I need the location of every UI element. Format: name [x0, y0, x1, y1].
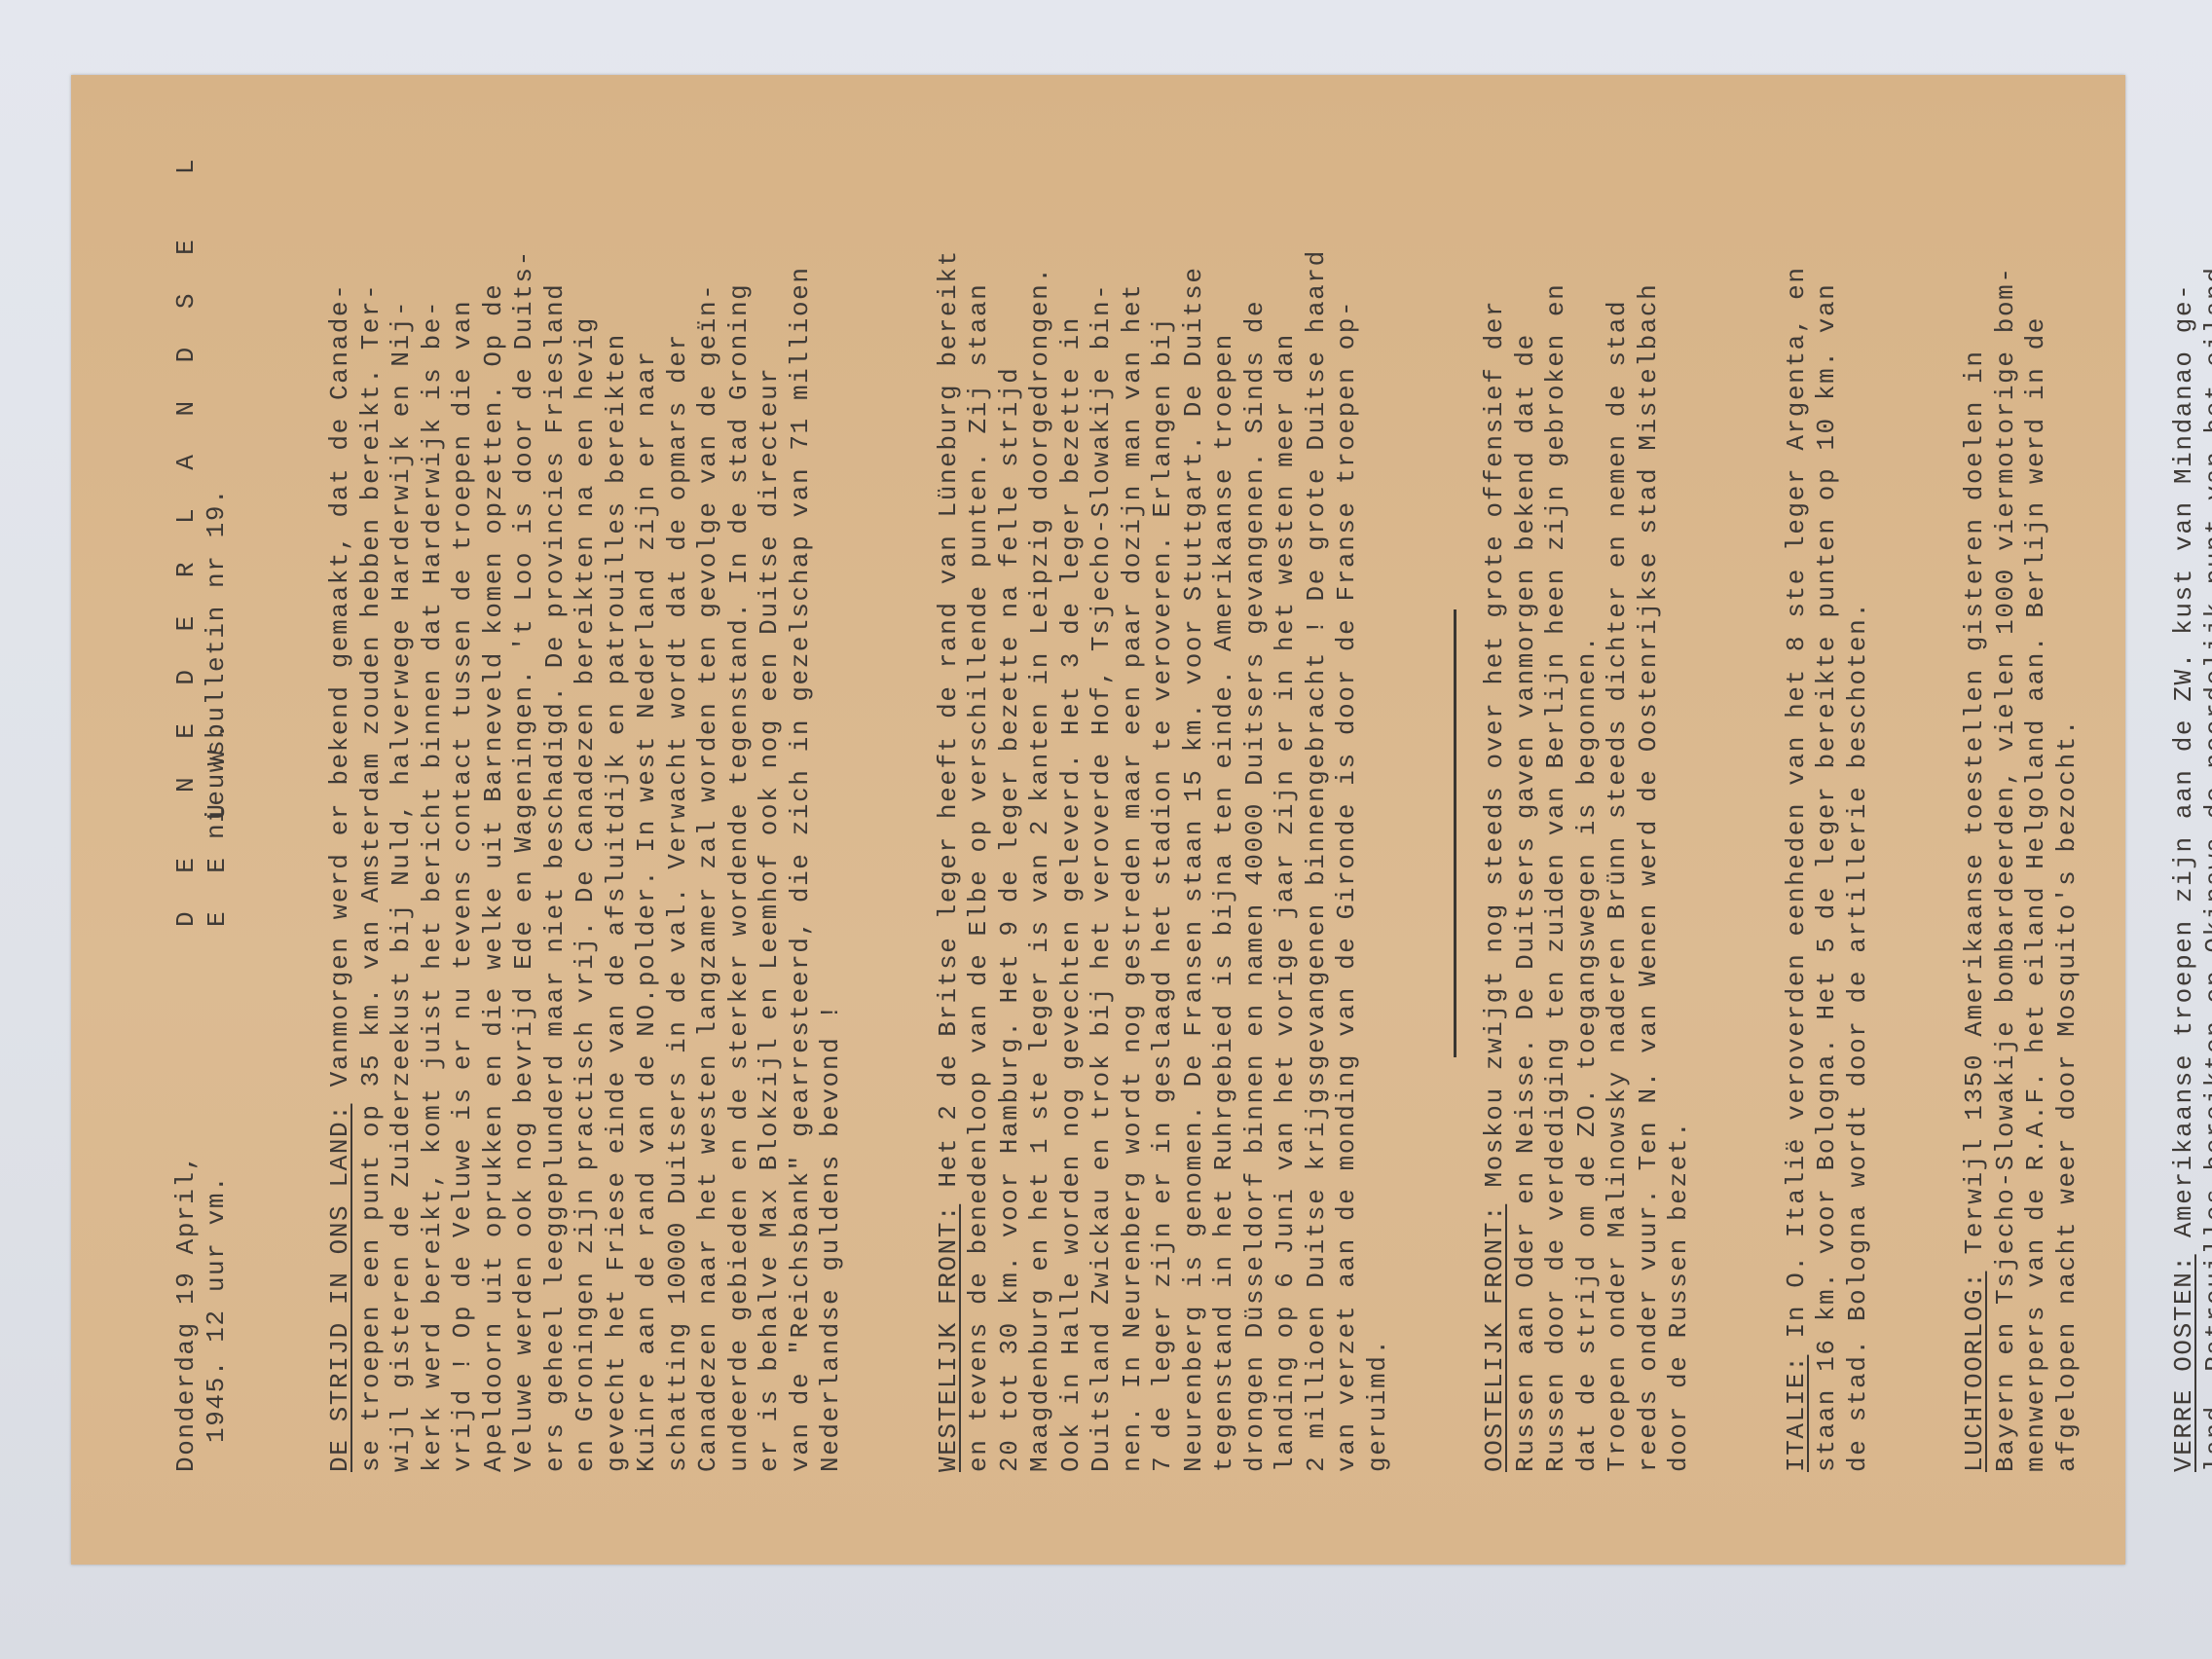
- bulletin-subtitle: nieuwsbulletin nr 19.: [202, 488, 233, 839]
- date-line: Donderdag 19 April,: [171, 1154, 203, 1472]
- section-text: Het 2 de Britse leger heeft de rand van …: [934, 249, 1392, 1472]
- section-italie: ITALIE: In O. Italië veroverden eenheden…: [1782, 114, 1874, 1472]
- time-line: 1945. 12 uur vm.: [202, 1175, 233, 1443]
- section-text: In O. Italië veroverden eenheden van het…: [1782, 266, 1872, 1472]
- ink-margin-line: [1454, 609, 1456, 1057]
- section-text: Moskou zwijgt nog steeds over het grote …: [1480, 283, 1693, 1472]
- section-verre-oosten: VERRE OOSTEN: Amerikaanse troepen zijn a…: [2169, 114, 2212, 1472]
- section-oostelijk-front: OOSTELIJK FRONT: Moskou zwijgt nog steed…: [1480, 114, 1695, 1472]
- section-strijd-in-ons-land: DE STRIJD IN ONS LAND: Vanmorgen werd er…: [325, 114, 847, 1472]
- section-label: ITALIE:: [1782, 1355, 1811, 1472]
- section-label: WESTELIJK FRONT:: [934, 1204, 963, 1472]
- section-text: Vanmorgen werd er bekend gemaakt, dat de…: [325, 249, 845, 1472]
- section-label: VERRE OOSTEN:: [2169, 1254, 2198, 1472]
- section-label: OOSTELIJK FRONT:: [1480, 1204, 1509, 1472]
- bulletin-content: Donderdag 19 April, D E N E D E R L A N …: [110, 114, 2086, 1472]
- section-label: LUCHTOORLOG:: [1960, 1272, 1989, 1472]
- section-westelijk-front: WESTELIJK FRONT: Het 2 de Britse leger h…: [934, 114, 1394, 1472]
- typewritten-bulletin-page: Donderdag 19 April, D E N E D E R L A N …: [71, 75, 2125, 1565]
- bulletin-header: Donderdag 19 April, D E N E D E R L A N …: [171, 114, 264, 1472]
- section-luchtoorlog: LUCHTOORLOG: Terwijl 1350 Amerikaanse to…: [1960, 114, 2083, 1472]
